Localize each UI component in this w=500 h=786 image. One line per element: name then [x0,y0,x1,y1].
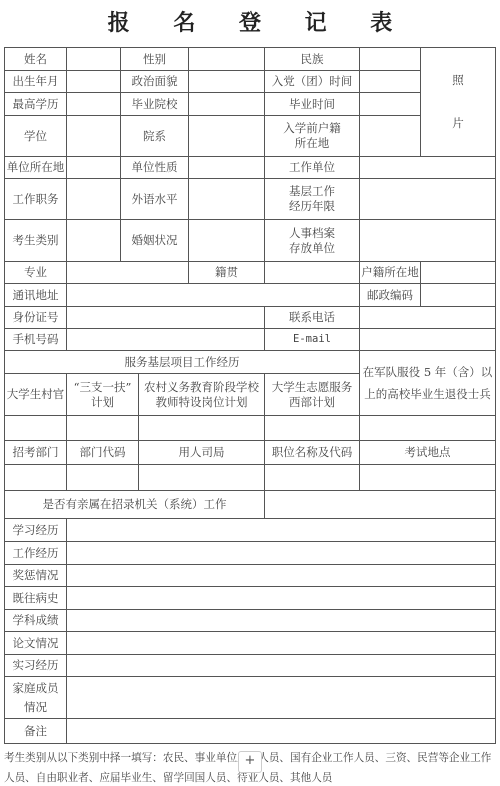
field-education[interactable] [67,93,121,116]
label-hukou: 户籍所在地 [360,262,421,284]
label-position: 工作职务 [5,179,67,220]
field-dept-code[interactable] [67,465,139,491]
field-work[interactable] [67,542,496,565]
field-email[interactable] [360,329,496,351]
field-study[interactable] [67,519,496,542]
label-veteran: 在军队服役 5 年（含）以 上的高校毕业生退役士兵 [360,351,496,416]
field-remarks[interactable] [67,719,496,744]
label-work-unit: 工作单位 [265,157,360,179]
label-village-official: 大学生村官 [5,374,67,416]
label-recruit-dept: 招考部门 [5,441,67,465]
label-hukou-before: 入学前户籍 所在地 [265,116,360,157]
field-degree[interactable] [67,116,121,157]
label-awards: 奖惩情况 [5,565,67,587]
field-grad-time[interactable] [360,93,421,116]
field-major[interactable] [67,262,189,284]
label-medical: 既往病史 [5,587,67,610]
page-title: 报 名 登 记 表 [0,6,500,37]
label-postcode: 邮政编码 [360,284,421,307]
service-header: 服务基层项目工作经历 [5,351,360,374]
field-village-official[interactable] [5,416,67,441]
label-email: E-mail [265,329,360,351]
field-family[interactable] [67,677,496,719]
field-position[interactable] [67,179,121,220]
label-grassroots-years: 基层工作 经历年限 [265,179,360,220]
field-unit-location[interactable] [67,157,121,179]
label-relatives: 是否有亲属在招录机关（系统）工作 [5,491,265,519]
field-category[interactable] [67,220,121,262]
photo-box[interactable]: 照 片 [421,48,496,157]
label-rural-teacher: 农村义务教育阶段学校 教师特设岗位计划 [139,374,265,416]
label-department: 院系 [121,116,189,157]
field-ethnicity[interactable] [360,48,421,71]
label-dept-code: 部门代码 [67,441,139,465]
label-major: 专业 [5,262,67,284]
label-degree: 学位 [5,116,67,157]
photo-label-1: 照 [421,73,495,88]
field-work-unit[interactable] [360,157,496,179]
label-language: 外语水平 [121,179,189,220]
label-political: 政治面貌 [121,71,189,93]
field-name[interactable] [67,48,121,71]
registration-form: 姓名 性别 民族 照 片 出生年月 政治面貌 入党（团）时间 最高学历 毕业院校… [4,47,496,744]
label-post-code: 职位名称及代码 [265,441,360,465]
label-exam-location: 考试地点 [360,441,496,465]
label-marital: 婚姻状况 [121,220,189,262]
label-gender: 性别 [121,48,189,71]
field-language[interactable] [189,179,265,220]
field-birth[interactable] [67,71,121,93]
label-volunteer: 大学生志愿服务 西部计划 [265,374,360,416]
label-native: 籍贯 [189,262,265,284]
field-mobile[interactable] [67,329,265,351]
field-native[interactable] [265,262,360,284]
field-bureau[interactable] [139,465,265,491]
label-birth: 出生年月 [5,71,67,93]
field-sanzhi[interactable] [67,416,139,441]
label-unit-type: 单位性质 [121,157,189,179]
field-volunteer[interactable] [265,416,360,441]
plus-icon[interactable]: + [238,751,262,773]
field-awards[interactable] [67,565,496,587]
label-education: 最高学历 [5,93,67,116]
label-sanzhi: “三支一扶” 计划 [67,374,139,416]
field-grassroots-years[interactable] [360,179,496,220]
field-thesis[interactable] [67,632,496,655]
label-ethnicity: 民族 [265,48,360,71]
field-gender[interactable] [189,48,265,71]
field-political[interactable] [189,71,265,93]
field-medical[interactable] [67,587,496,610]
label-id: 身份证号 [5,307,67,329]
label-address: 通讯地址 [5,284,67,307]
label-study: 学习经历 [5,519,67,542]
field-exam-location[interactable] [360,465,496,491]
label-intern: 实习经历 [5,655,67,677]
label-school: 毕业院校 [121,93,189,116]
label-phone: 联系电话 [265,307,360,329]
field-address[interactable] [67,284,360,307]
field-relatives[interactable] [265,491,496,519]
field-rural-teacher[interactable] [139,416,265,441]
photo-label-2: 片 [421,116,495,131]
field-hukou-before[interactable] [360,116,421,157]
label-bureau: 用人司局 [139,441,265,465]
label-unit-location: 单位所在地 [5,157,67,179]
label-family: 家庭成员 情况 [5,677,67,719]
label-name: 姓名 [5,48,67,71]
label-grades: 学科成绩 [5,610,67,632]
field-phone[interactable] [360,307,496,329]
label-grad-time: 毕业时间 [265,93,360,116]
field-intern[interactable] [67,655,496,677]
field-hukou[interactable] [421,262,496,284]
field-school[interactable] [189,93,265,116]
field-id[interactable] [67,307,265,329]
field-marital[interactable] [189,220,265,262]
field-archive[interactable] [360,220,496,262]
label-thesis: 论文情况 [5,632,67,655]
label-party-time: 入党（团）时间 [265,71,360,93]
field-recruit-dept[interactable] [5,465,67,491]
label-work: 工作经历 [5,542,67,565]
label-mobile: 手机号码 [5,329,67,351]
field-department[interactable] [189,116,265,157]
field-post-code[interactable] [265,465,360,491]
field-party-time[interactable] [360,71,421,93]
label-archive: 人事档案 存放单位 [265,220,360,262]
field-grades[interactable] [67,610,496,632]
label-category: 考生类别 [5,220,67,262]
field-veteran[interactable] [360,416,496,441]
field-unit-type[interactable] [189,157,265,179]
label-remarks: 备注 [5,719,67,744]
field-postcode[interactable] [421,284,496,307]
